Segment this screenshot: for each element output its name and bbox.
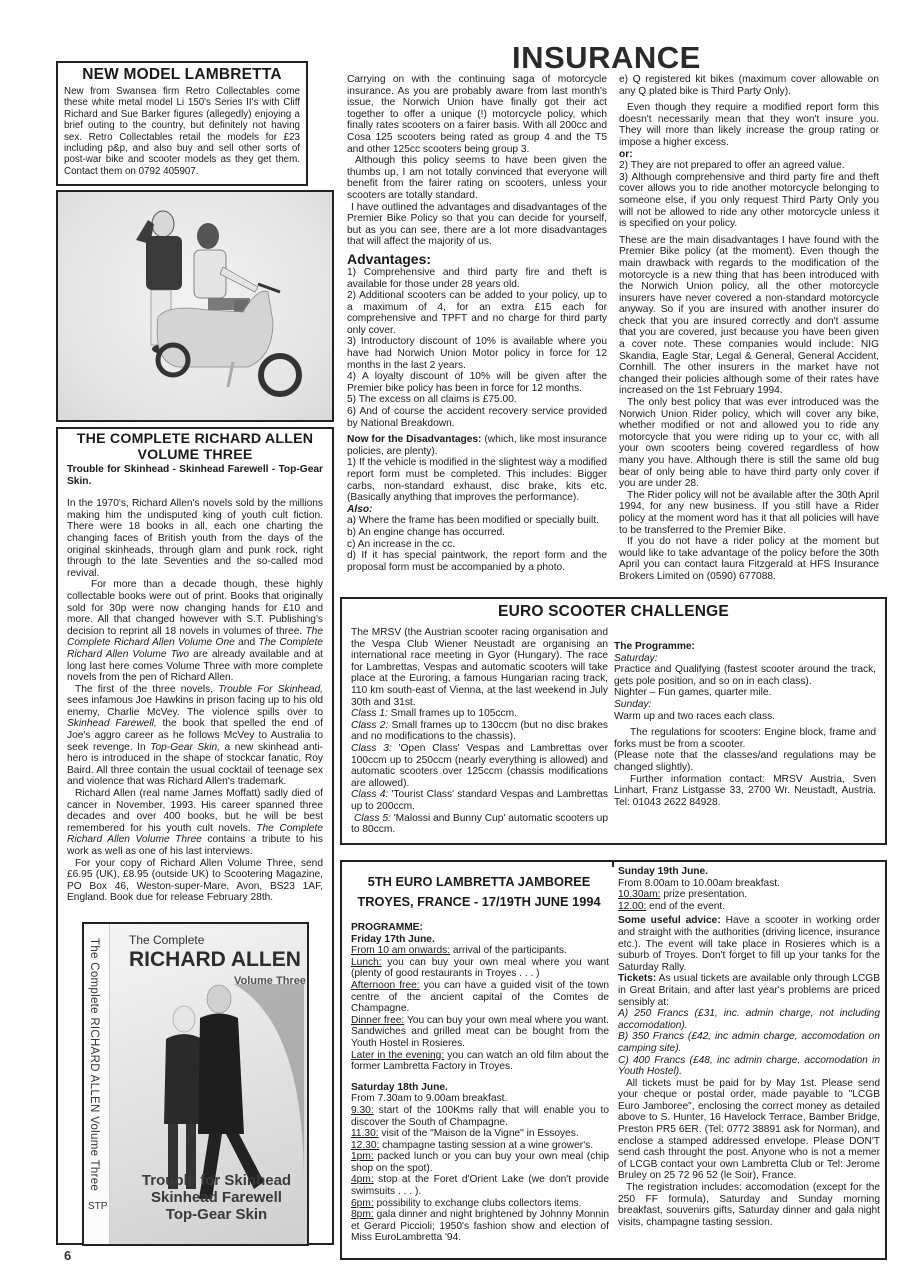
insurance-column-2: e) Q registered kit bikes (maximum cover… — [619, 74, 879, 583]
richard-allen-p4: Richard Allen (real name James Moffatt) … — [67, 788, 323, 858]
time-label: Lunch: — [351, 957, 382, 968]
time-label: 9.30: — [351, 1105, 374, 1116]
text: arrival of the participants. — [450, 945, 567, 956]
sunday-intro: From 8.00am to 10.00am breakfast. — [618, 878, 880, 890]
text: packed lunch or you can buy your own mea… — [351, 1151, 609, 1174]
page-number: 6 — [64, 1248, 71, 1263]
class-item: Class 3: 'Open Class' Vespas and Lambret… — [351, 743, 608, 789]
advantage-item: 2) Additional scooters can be added to y… — [347, 290, 607, 336]
time-label: Afternoon free: — [351, 980, 420, 991]
sunday-heading: Sunday 19th June. — [618, 866, 880, 878]
regulations-note: (Please note that the classes/and regula… — [614, 750, 876, 773]
time-label: 6pm: — [351, 1198, 374, 1209]
saturday-item: 11.30: visit of the "Maison de la Vigne"… — [351, 1128, 609, 1140]
richard-allen-book-cover: The Complete RICHARD ALLEN Volume Three … — [82, 922, 309, 1246]
saturday-item: 4pm: stop at the Foret d'Orient Lake (we… — [351, 1174, 609, 1197]
text: As usual tickets are available only thro… — [618, 973, 880, 1007]
jamboree-title: 5TH EURO LAMBRETTA JAMBOREE TROYES, FRAN… — [350, 872, 608, 912]
tickets-label: Tickets: — [618, 973, 656, 984]
saturday-item: 1pm: packed lunch or you can buy your ow… — [351, 1151, 609, 1174]
class-item: Class 2: Small frames up to 130ccm (but … — [351, 720, 608, 743]
advantages-heading: Advantages: — [347, 251, 607, 267]
cover-author-name: RICHARD ALLEN — [129, 948, 301, 972]
disadvantages-intro: Now for the Disadvantages: (which, like … — [347, 434, 607, 457]
friday-item: Lunch: you can buy your own meal where y… — [351, 957, 609, 980]
new-model-lambretta-box: NEW MODEL LAMBRETTA New from Swansea fir… — [56, 61, 308, 186]
text: The first of the three novels, — [75, 684, 218, 695]
friday-item: Afternoon free: you can have a guided vi… — [351, 980, 609, 1015]
or-item: 3) Although comprehensive and third part… — [619, 172, 879, 230]
class-item: Class 4: 'Tourist Class' standard Vespas… — [351, 789, 608, 812]
text: champagne tasting session at a wine grow… — [379, 1140, 593, 1151]
book-title: Top-Gear Skin, — [150, 742, 220, 753]
registration-info: The registration includes: accomodation … — [618, 1182, 880, 1228]
text: start of the 100Kms rally that will enab… — [351, 1105, 609, 1128]
ticket-price: C) 400 Francs (£48, inc admin charge, ac… — [618, 1055, 880, 1078]
class-item: Class 1: Small frames up to 105ccm. — [351, 708, 608, 720]
book-title: Trouble For Skinhead, — [218, 684, 323, 695]
text: gala dinner and night brightened by John… — [351, 1209, 609, 1243]
friday-item: Later in the evening: you can watch an o… — [351, 1050, 609, 1073]
friday-item: From 10 am onwards: arrival of the parti… — [351, 945, 609, 957]
class-label: Class 1: — [351, 708, 388, 719]
also-item: c) An increase in the cc. — [347, 539, 607, 551]
richard-allen-subtitle: Trouble for Skinhead - Skinhead Farewell… — [67, 464, 323, 487]
insurance-column-1: Carrying on with the continuing saga of … — [347, 74, 607, 573]
time-label: 12.00: — [618, 901, 646, 912]
insurance-intro-1: Carrying on with the continuing saga of … — [347, 74, 607, 155]
cover-photo-figures — [114, 984, 304, 1204]
cover-title-3: Top-Gear Skin — [124, 1206, 309, 1223]
regulations: The regulations for scooters: Engine blo… — [614, 727, 876, 750]
also-item: d) If it has special paintwork, the repo… — [347, 550, 607, 573]
scooter-figures-illustration — [58, 192, 332, 420]
richard-allen-p3: The first of the three novels, Trouble F… — [67, 684, 323, 788]
text: 'Tourist Class' standard Vespas and Lamb… — [351, 789, 608, 812]
jamboree-title-line1: 5TH EURO LAMBRETTA JAMBOREE — [350, 872, 608, 892]
programme-heading: PROGRAMME: — [351, 922, 609, 934]
book-spine: The Complete RICHARD ALLEN Volume Three … — [84, 924, 110, 1244]
or-item: 2) They are not prepared to offer an agr… — [619, 160, 879, 172]
cover-title-2: Skinhead Farewell — [124, 1189, 309, 1206]
advice-label: Some useful advice: — [618, 915, 721, 926]
sunday-item: 12.00: end of the event. — [618, 901, 880, 913]
useful-advice: Some useful advice: Have a scooter in wo… — [618, 915, 880, 973]
richard-allen-p2: For more than a decade though, these hig… — [67, 579, 323, 683]
lambretta-jamboree-box: 5TH EURO LAMBRETTA JAMBOREE TROYES, FRAN… — [340, 860, 887, 1260]
text: visit of the "Maison de la Vigne" in Ess… — [379, 1128, 579, 1139]
insurance-main-disadvantages: These are the main disadvantages I have … — [619, 235, 879, 397]
insurance-contact: If you do not have a rider policy at the… — [619, 536, 879, 582]
friday-item: Dinner free: You can buy your own meal w… — [351, 1015, 609, 1050]
richard-allen-p5: For your copy of Richard Allen Volume Th… — [67, 858, 323, 904]
also-item: a) Where the frame has been modified or … — [347, 515, 607, 527]
spine-title: The Complete RICHARD ALLEN Volume Three — [88, 938, 100, 1191]
euro-scooter-column-1: The MRSV (the Austrian scooter racing or… — [351, 627, 608, 836]
class-label: Class 2: — [351, 720, 388, 731]
new-model-title: NEW MODEL LAMBRETTA — [64, 66, 300, 84]
time-label: 8pm: — [351, 1209, 374, 1220]
new-model-body: New from Swansea firm Retro Collectables… — [64, 86, 300, 177]
class-label: Class 5: — [354, 813, 391, 824]
text: you can buy your own meal where you want… — [351, 957, 609, 980]
time-label: 12.30: — [351, 1140, 379, 1151]
ticket-price: A) 250 Francs (£31, inc. admin charge, n… — [618, 1008, 880, 1031]
advantage-item: 4) A loyalty discount of 10% will be giv… — [347, 371, 607, 394]
richard-allen-p1: In the 1970's, Richard Allen's novels so… — [67, 498, 323, 579]
saturday-item: Nighter – Fun games, quarter mile. — [614, 687, 876, 699]
time-label: 4pm: — [351, 1174, 374, 1185]
programme-heading: The Programme: — [614, 641, 876, 653]
tickets-info: Tickets: As usual tickets are available … — [618, 973, 880, 1008]
saturday-item: 9.30: start of the 100Kms rally that wil… — [351, 1105, 609, 1128]
ticket-price: B) 350 Francs (£42, inc admin charge, ac… — [618, 1031, 880, 1054]
jamboree-column-divider — [612, 860, 614, 867]
friday-heading: Friday 17th June. — [351, 934, 609, 946]
further-info: Further information contact: MRSV Austri… — [614, 774, 876, 809]
insurance-even-though: Even though they require a modified repo… — [619, 102, 879, 148]
sunday-item: Warm up and two races each class. — [614, 711, 876, 723]
saturday-heading: Saturday 18th June. — [351, 1082, 609, 1094]
sunday-label: Sunday: — [614, 699, 876, 711]
also-item: b) An engine change has occurred. — [347, 527, 607, 539]
text: prize presentation. — [660, 889, 747, 900]
text: possibility to exchange clubs collectors… — [374, 1198, 582, 1209]
time-label: 11.30: — [351, 1128, 379, 1139]
time-label: Later in the evening: — [351, 1050, 444, 1061]
richard-allen-title-line1: THE COMPLETE RICHARD ALLEN — [67, 431, 323, 447]
time-label: 1pm: — [351, 1151, 374, 1162]
euro-scooter-challenge-box: EURO SCOOTER CHALLENGE The MRSV (the Aus… — [340, 597, 887, 845]
saturday-item: 8pm: gala dinner and night brightened by… — [351, 1209, 609, 1244]
class-label: Class 4: — [351, 789, 388, 800]
disadvantages-heading: Now for the Disadvantages: — [347, 434, 481, 445]
disadvantage-item: 1) If the vehicle is modified in the sli… — [347, 457, 607, 503]
jamboree-column-2: Sunday 19th June. From 8.00am to 10.00am… — [618, 866, 880, 1228]
book-title: Skinhead Farewell, — [67, 718, 157, 729]
richard-allen-title: THE COMPLETE RICHARD ALLEN VOLUME THREE — [67, 431, 323, 463]
insurance-rider-policy: The Rider policy will not be available a… — [619, 490, 879, 536]
class-label: Class 3: — [351, 743, 392, 754]
saturday-label: Saturday: — [614, 653, 876, 665]
euro-scooter-title: EURO SCOOTER CHALLENGE — [342, 602, 885, 622]
time-label: 10.30am: — [618, 889, 660, 900]
richard-allen-title-line2: VOLUME THREE — [67, 447, 323, 463]
insurance-intro-2: Although this policy seems to have been … — [347, 155, 607, 201]
publisher-logo: STP — [88, 1201, 107, 1212]
text: Small frames up to 105ccm. — [388, 708, 517, 719]
text: stop at the Foret d'Orient Lake (we don'… — [351, 1174, 609, 1197]
advantage-item: 6) And of course the accident recovery s… — [347, 406, 607, 429]
payment-info: All tickets must be paid for by May 1st.… — [618, 1078, 880, 1182]
text: end of the event. — [646, 901, 725, 912]
time-label: From 10 am onwards: — [351, 945, 450, 956]
time-label: Dinner free: — [351, 1015, 404, 1026]
or-heading: or: — [619, 149, 879, 161]
text: Small frames up to 130ccm (but no disc b… — [351, 720, 608, 743]
text: sees infamous Joe Hawkins in prison faci… — [67, 695, 323, 718]
cover-title-1: Trouble for Skinhead — [124, 1172, 309, 1189]
advantage-item: 5) The excess on all claims is £75.00. — [347, 394, 607, 406]
scooter-model-photo — [56, 190, 334, 422]
insurance-only-best: The only best policy that was ever intro… — [619, 397, 879, 490]
insurance-title: INSURANCE — [512, 40, 701, 76]
saturday-item: 6pm: possibility to exchange clubs colle… — [351, 1198, 609, 1210]
euro-scooter-column-2: The Programme: Saturday: Practice and Qu… — [614, 641, 876, 808]
cover-top-line: The Complete — [129, 933, 204, 947]
cover-titles: Trouble for Skinhead Skinhead Farewell T… — [124, 1172, 309, 1223]
advantage-item: 3) Introductory discount of 10% is avail… — [347, 336, 607, 371]
jamboree-column-1: PROGRAMME: Friday 17th June. From 10 am … — [351, 922, 609, 1244]
also-item: e) Q registered kit bikes (maximum cover… — [619, 74, 879, 97]
advantage-item: 1) Comprehensive and third party fire an… — [347, 267, 607, 290]
saturday-intro: From 7.30am to 9.00am breakfast. — [351, 1093, 609, 1105]
also-heading: Also: — [347, 504, 607, 516]
jamboree-title-line2: TROYES, FRANCE - 17/19TH JUNE 1994 — [350, 892, 608, 912]
saturday-item: 12.30: champagne tasting session at a wi… — [351, 1140, 609, 1152]
text: For more than a decade though, these hig… — [67, 579, 323, 636]
class-item: Class 5: 'Malossi and Bunny Cup' automat… — [351, 813, 608, 836]
saturday-item: Practice and Qualifying (fastest scooter… — [614, 664, 876, 687]
sunday-item: 10.30am: prize presentation. — [618, 889, 880, 901]
insurance-intro-3: I have outlined the advantages and disad… — [347, 202, 607, 248]
text: and — [235, 637, 259, 648]
euro-scooter-intro: The MRSV (the Austrian scooter racing or… — [351, 627, 608, 708]
